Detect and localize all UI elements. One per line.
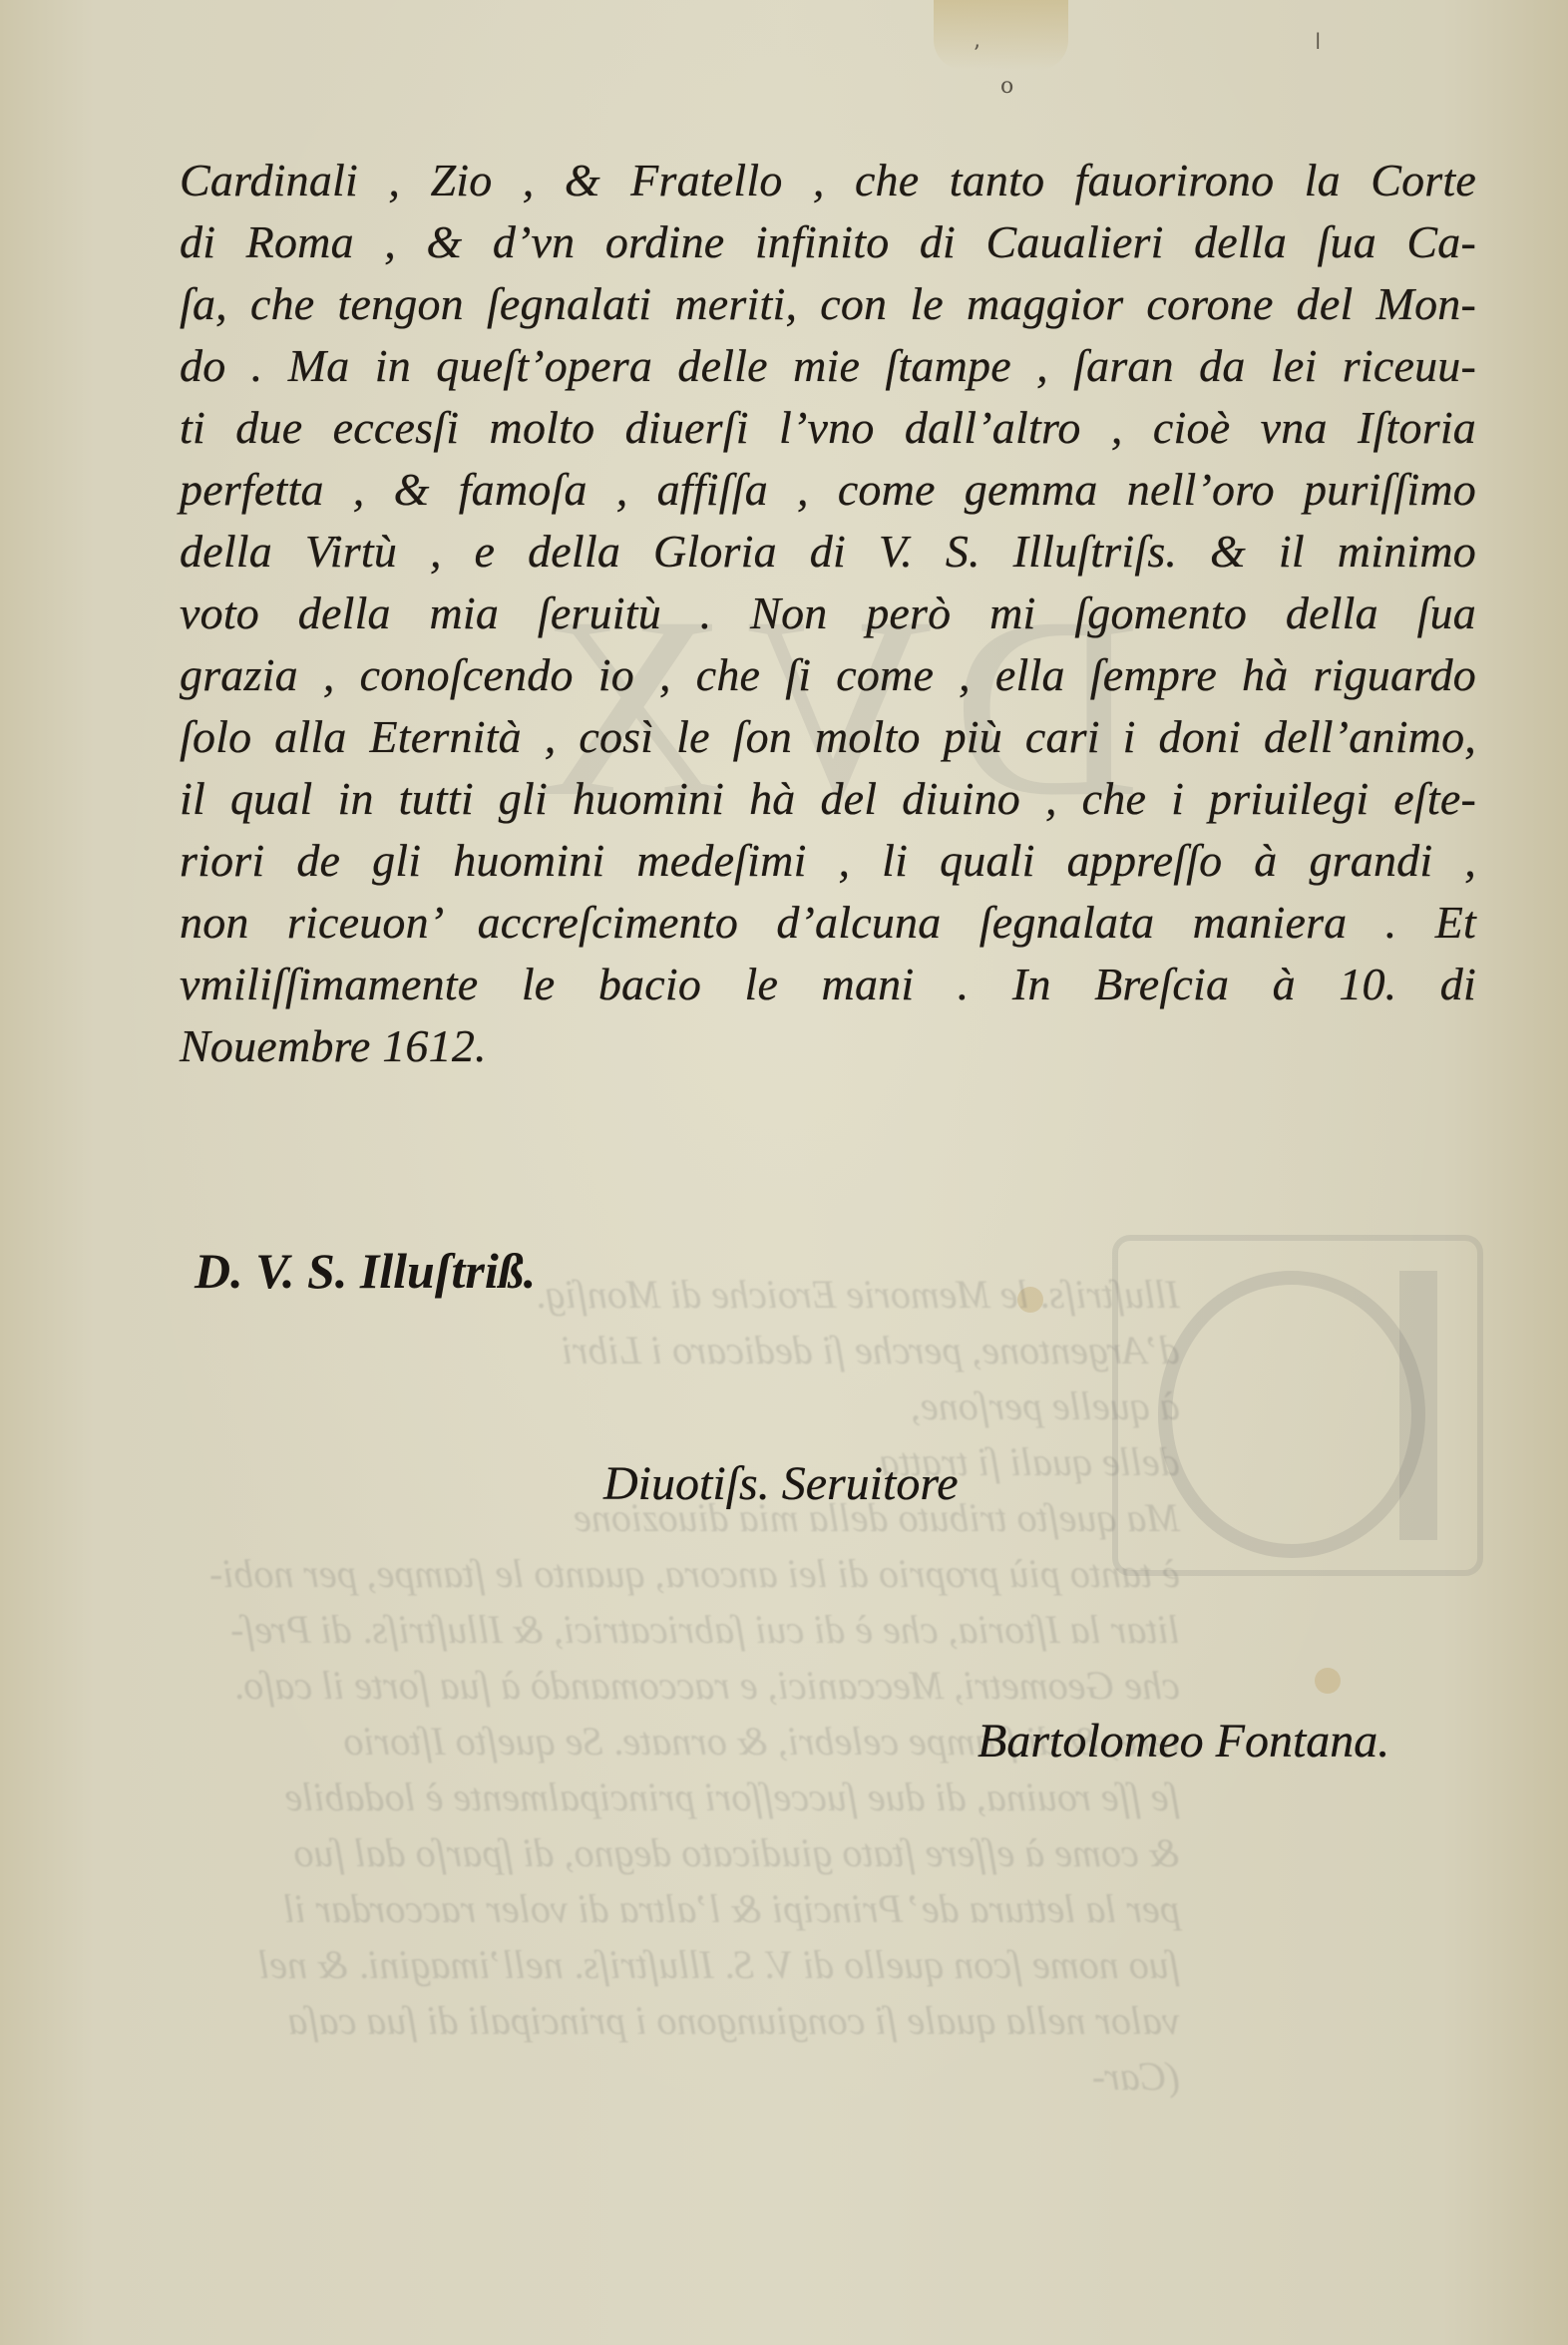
text-line: non riceuon’ accreſcimento d’alcuna ſegn… (180, 892, 1476, 954)
text-line: il qual in tutti gli huomini hà del diui… (180, 768, 1476, 830)
closing-servant-line: Diuotiſs. Seruitore (603, 1456, 959, 1511)
text-line: vmiliſſimamente le bacio le mani . In Br… (180, 954, 1476, 1015)
book-page: ʼ o ǀ DVX Illuſtriſs. le Memorie Eroiche… (0, 0, 1568, 2345)
ink-speck: o (1000, 74, 1013, 99)
show-through-decorated-initial (1112, 1235, 1483, 1576)
text-line: ſolo alla Eternità , così le ſon molto p… (180, 706, 1476, 768)
show-through-text: Illuſtriſs. le Memorie Eroiche di Monſig… (209, 1267, 1180, 2105)
ink-speck: ǀ (1315, 30, 1322, 55)
paper-stain (934, 0, 1068, 70)
text-line: perfetta , & famoſa , affiſſa , come gem… (180, 459, 1476, 521)
text-line: grazia , conoſcendo io , che ſi come , e… (180, 644, 1476, 706)
text-line: Cardinali , Zio , & Fratello , che tanto… (180, 150, 1476, 211)
text-line-date: Nouembre 1612. (180, 1015, 1476, 1077)
paper-stain (1315, 1668, 1341, 1694)
text-line: di Roma , & d’vn ordine infinito di Caua… (180, 211, 1476, 273)
ink-speck: ʼ (973, 42, 980, 67)
text-line: do . Ma in queſt’opera delle mie ſtampe … (180, 335, 1476, 397)
closing-salutation: D. V. S. Illuſtriß. (195, 1242, 536, 1300)
signature: Bartolomeo Fontana. (978, 1714, 1389, 1768)
text-line: riori de gli huomini medeſimi , li quali… (180, 830, 1476, 892)
dedication-body: Cardinali , Zio , & Fratello , che tanto… (180, 150, 1476, 1077)
text-line: ti due eccesſi molto diuerſi l’vno dall’… (180, 397, 1476, 459)
text-line: voto della mia ſeruitù . Non però mi ſgo… (180, 583, 1476, 644)
text-line: della Virtù , e della Gloria di V. S. Il… (180, 521, 1476, 583)
text-line: ſa, che tengon ſegnalati meriti, con le … (180, 273, 1476, 335)
